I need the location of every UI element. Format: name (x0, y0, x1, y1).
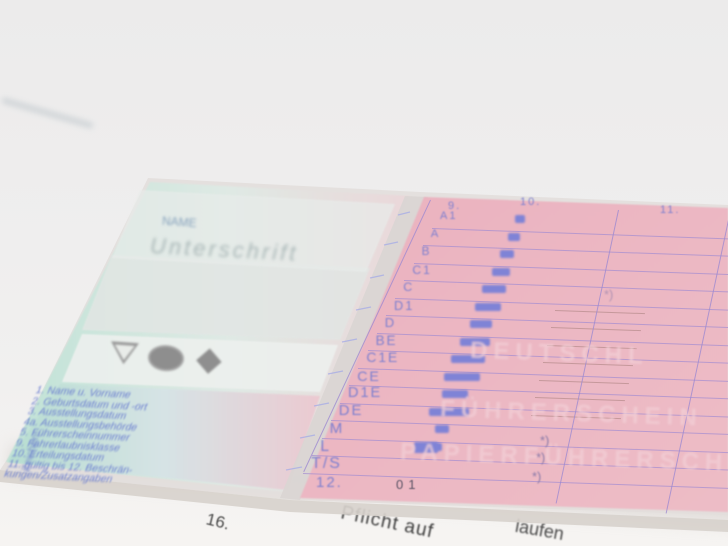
row-12-label: 12. (316, 474, 343, 491)
empty-date-dash (539, 380, 629, 384)
row-divider (404, 280, 728, 292)
category-label: M (330, 420, 345, 437)
star-note: *) (532, 469, 541, 484)
category-label: A1 (440, 210, 457, 222)
vehicle-icon (444, 373, 480, 381)
row-divider (386, 315, 728, 328)
category-label: CE (357, 368, 381, 384)
category-label: DE (339, 403, 364, 419)
column-header: 11. (660, 204, 680, 216)
star-note: *) (604, 287, 613, 302)
watermark: DEUTSCHL (470, 337, 650, 371)
vehicle-icon (470, 320, 492, 328)
row-divider (414, 263, 728, 275)
category-label: C1 (412, 263, 431, 277)
row-divider (395, 298, 728, 311)
category-label: B (422, 245, 432, 258)
vehicle-icon (435, 425, 449, 433)
category-label: T/S (311, 455, 342, 473)
category-table: 9.10.11.A1ABC1CD1DBEC1ECED1EDEMLT/S12.01… (0, 0, 728, 546)
vehicle-icon (515, 215, 525, 223)
empty-date-dash (551, 327, 641, 331)
empty-date-dash (555, 310, 645, 314)
category-label: A (431, 228, 441, 240)
category-label: D1 (394, 298, 414, 313)
watermark: FÜHRERSCHEIN (440, 395, 704, 432)
category-label: BE (376, 333, 398, 348)
row-divider (432, 228, 728, 239)
vehicle-icon (492, 268, 510, 276)
category-label: D (385, 315, 396, 330)
category-label: D1E (348, 385, 382, 401)
column-divider (303, 200, 431, 472)
vehicle-icon (475, 303, 501, 311)
vehicle-icon (508, 233, 520, 241)
row-12-value: 01 (396, 477, 420, 492)
category-label: C1E (366, 350, 399, 365)
vehicle-icon (482, 285, 506, 293)
category-label: L (320, 438, 331, 456)
category-label: C (403, 280, 414, 294)
vehicle-icon (500, 250, 514, 258)
row-divider (423, 245, 728, 257)
column-header: 10. (520, 196, 541, 208)
watermark: PAPIERFÜHRERSCHEIN (400, 438, 728, 479)
